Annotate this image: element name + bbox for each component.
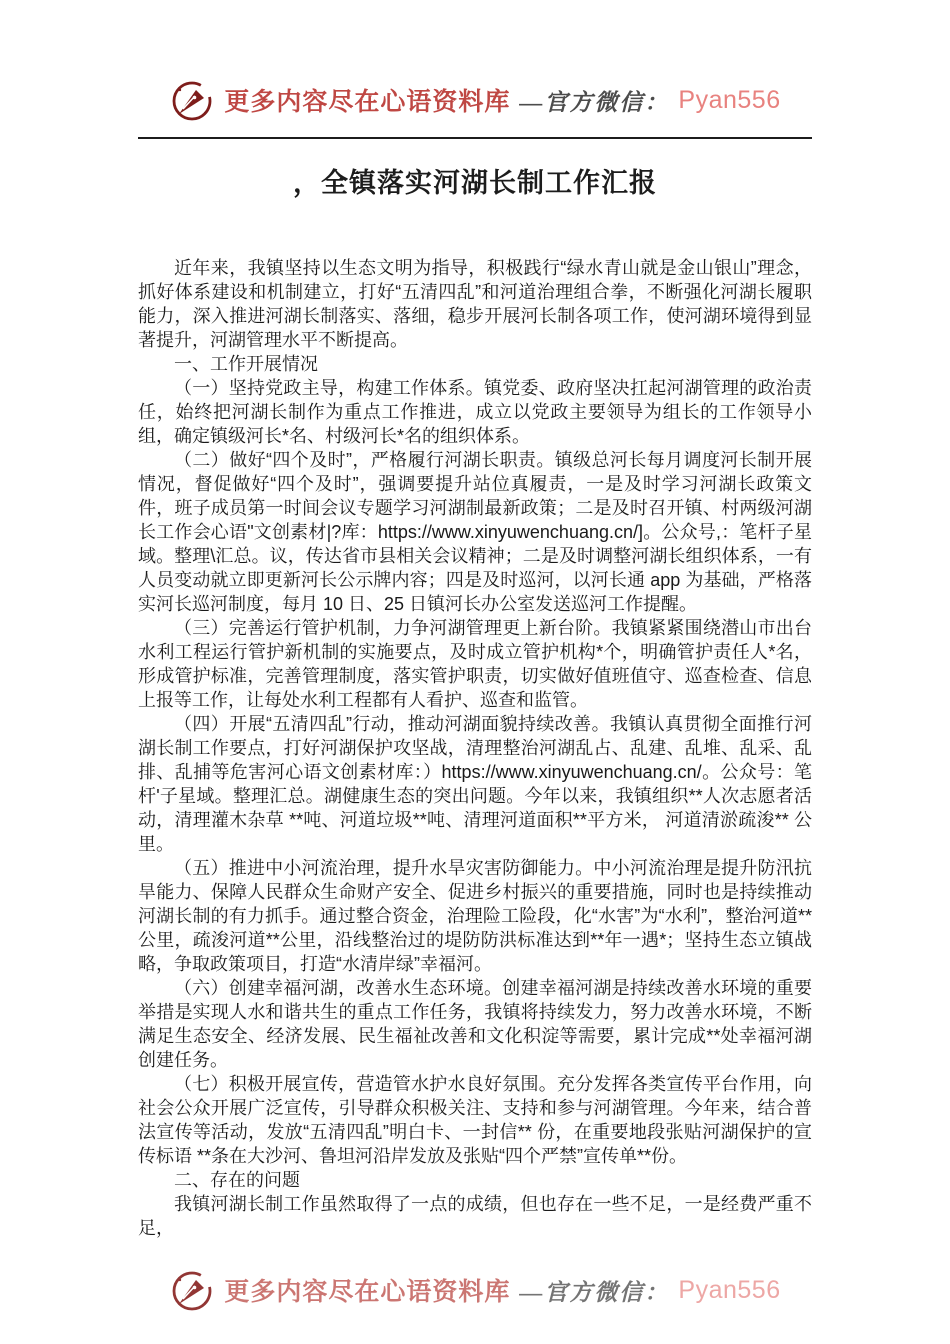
footer-promo-banner: 更多内容尽在心语资料库—官方微信： Pyan556 bbox=[0, 1266, 950, 1314]
closing-paragraph: 我镇河湖长制工作虽然取得了一点的成绩，但也存在一些不足，一是经费严重不足， bbox=[138, 1192, 812, 1240]
paragraph-item-7: （七）积极开展宣传，营造管水护水良好氛围。充分发挥各类宣传平台作用，向社会公众开… bbox=[138, 1072, 812, 1168]
banner-brand-text: 更多内容尽在心语资料库 bbox=[224, 1272, 510, 1308]
intro-paragraph: 近年来，我镇坚持以生态文明为指导，积极践行“绿水青山就是金山银山”理念，抓好体系… bbox=[138, 256, 812, 352]
pen-logo-icon bbox=[169, 76, 215, 124]
document-page: 更多内容尽在心语资料库—官方微信： Pyan556 ，全镇落实河湖长制工作汇报 … bbox=[0, 0, 950, 1344]
pen-logo-icon bbox=[169, 1266, 215, 1314]
paragraph-item-3: （三）完善运行管护机制，力争河湖管理更上新台阶。我镇紧紧围绕潜山市出台水利工程运… bbox=[138, 616, 812, 712]
banner-wechat-id: Pyan556 bbox=[678, 86, 780, 115]
banner-wechat-id: Pyan556 bbox=[678, 1276, 780, 1305]
paragraph-item-4: （四）开展“五清四乱”行动，推动河湖面貌持续改善。我镇认真贯彻全面推行河湖长制工… bbox=[138, 712, 812, 856]
paragraph-item-6: （六）创建幸福河湖，改善水生态环境。创建幸福河湖是持续改善水环境的重要举措是实现… bbox=[138, 976, 812, 1072]
section-heading-2: 二、存在的问题 bbox=[138, 1168, 812, 1192]
paragraph-item-5: （五）推进中小河流治理，提升水旱灾害防御能力。中小河流治理是提升防汛抗旱能力、保… bbox=[138, 856, 812, 976]
header-divider-rule bbox=[138, 137, 812, 139]
paragraph-item-1: （一）坚持党政主导，构建工作体系。镇党委、政府坚决扛起河湖管理的政治责任，始终把… bbox=[138, 376, 812, 448]
banner-brand-text: 更多内容尽在心语资料库 bbox=[224, 82, 510, 118]
banner-wechat-label: —官方微信： bbox=[519, 1274, 669, 1307]
section-heading-1: 一、工作开展情况 bbox=[138, 352, 812, 376]
paragraph-item-2: （二）做好“四个及时”，严格履行河湖长职责。镇级总河长每月调度河长制开展情况，督… bbox=[138, 448, 812, 616]
document-title: ，全镇落实河湖长制工作汇报 bbox=[0, 161, 950, 200]
banner-wechat-label: —官方微信： bbox=[519, 84, 669, 117]
document-body: 近年来，我镇坚持以生态文明为指导，积极践行“绿水青山就是金山银山”理念，抓好体系… bbox=[138, 256, 812, 1240]
header-promo-banner: 更多内容尽在心语资料库—官方微信： Pyan556 bbox=[0, 0, 950, 124]
